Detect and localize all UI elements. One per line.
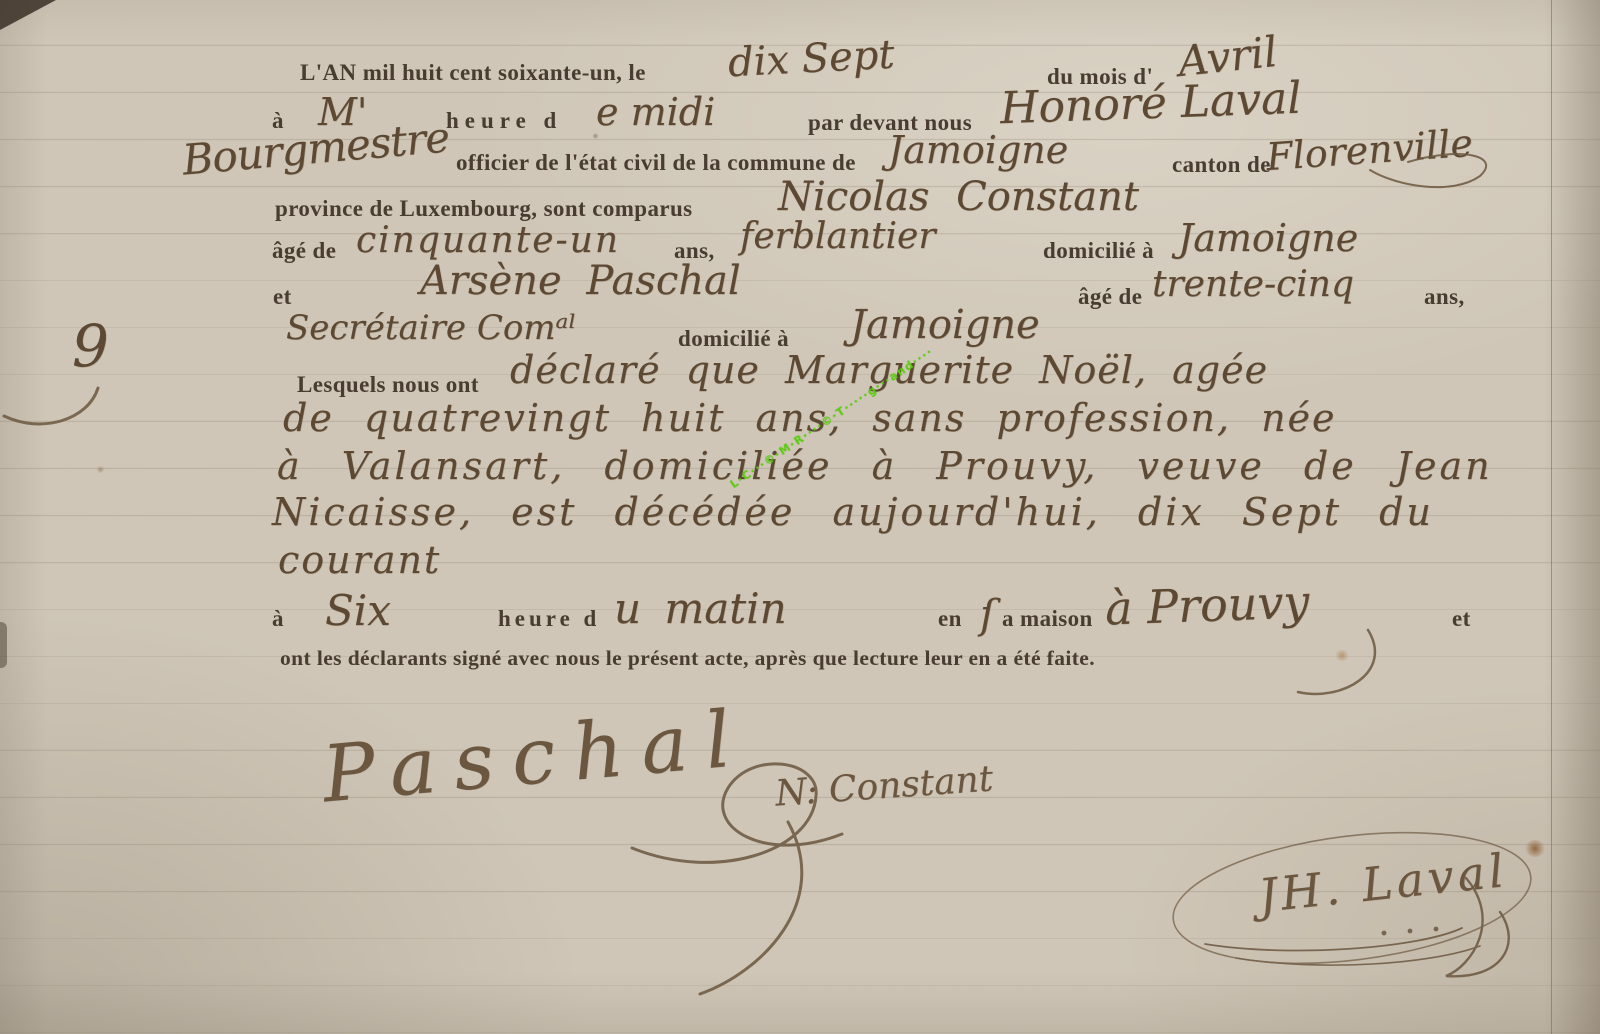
margin-act-number: 9 <box>72 312 109 380</box>
form-en-text: en <box>938 606 962 632</box>
form-et-text: et <box>273 284 292 310</box>
hand-death-hour: Six <box>325 586 391 635</box>
hand-profession1: ferblantier <box>740 216 936 257</box>
form-age1-text: âgé de <box>272 238 336 264</box>
form-province-text: province de Luxembourg, sont comparus <box>275 196 693 222</box>
hand-commune: Jamoigne <box>888 128 1068 172</box>
hand-midi: e midi <box>596 90 715 134</box>
fox-stain <box>96 466 105 473</box>
form-domicile1-text: domicilié à <box>1043 238 1154 264</box>
form-canton-text: canton de <box>1172 152 1271 178</box>
hand-declaration-3: à Valansart, domiciliée à Prouvy, veuve … <box>277 444 1493 488</box>
hand-residence1: Jamoigne <box>1178 216 1358 260</box>
form-ans2-text: ans, <box>1424 284 1465 310</box>
hand-declaration-5: courant <box>278 538 441 582</box>
hand-declaration-4: Nicaisse, est décédée aujourd'hui, dix S… <box>272 490 1434 534</box>
hand-declarant2: Arsène Paschal <box>420 258 741 304</box>
form-year-text: L'AN mil huit cent soixante-un, le <box>300 60 646 86</box>
form-et2-text: et <box>1452 606 1471 632</box>
form-maison-text: a maison <box>1002 606 1093 632</box>
hand-long-s: ſ <box>980 592 995 638</box>
form-heure-text: heure d <box>446 108 562 134</box>
fox-stain <box>1524 840 1546 857</box>
form-heure2-text: heure d <box>498 606 600 632</box>
hand-residence2: Jamoigne <box>850 302 1040 348</box>
form-a-text: à <box>272 606 284 632</box>
death-record-scan: L'AN mil huit cent soixante-un, le dix S… <box>0 0 1600 1034</box>
hand-age2: trente-cinq <box>1152 264 1354 305</box>
page-edge-mark <box>0 622 7 668</box>
margin-rule <box>1551 0 1552 1034</box>
hand-officer-name: Honoré Laval <box>999 73 1302 134</box>
hand-day: dix Sept <box>727 32 896 87</box>
form-lesquels-text: Lesquels nous ont <box>297 372 479 398</box>
hand-death-place: à Prouvy <box>1104 574 1310 635</box>
hand-du-matin: u matin <box>614 584 787 633</box>
form-age2-text: âgé de <box>1078 284 1142 310</box>
hand-profession2: Secrétaire Comᵃˡ <box>286 308 577 348</box>
hand-declarant1: Nicolas Constant <box>778 174 1139 220</box>
fox-stain <box>1334 650 1350 661</box>
form-commune-text: officier de l'état civil de la commune d… <box>456 150 856 176</box>
form-closing-text: ont les déclarants signé avec nous le pr… <box>280 646 1095 671</box>
hand-age1: cinquante-un <box>356 220 620 261</box>
